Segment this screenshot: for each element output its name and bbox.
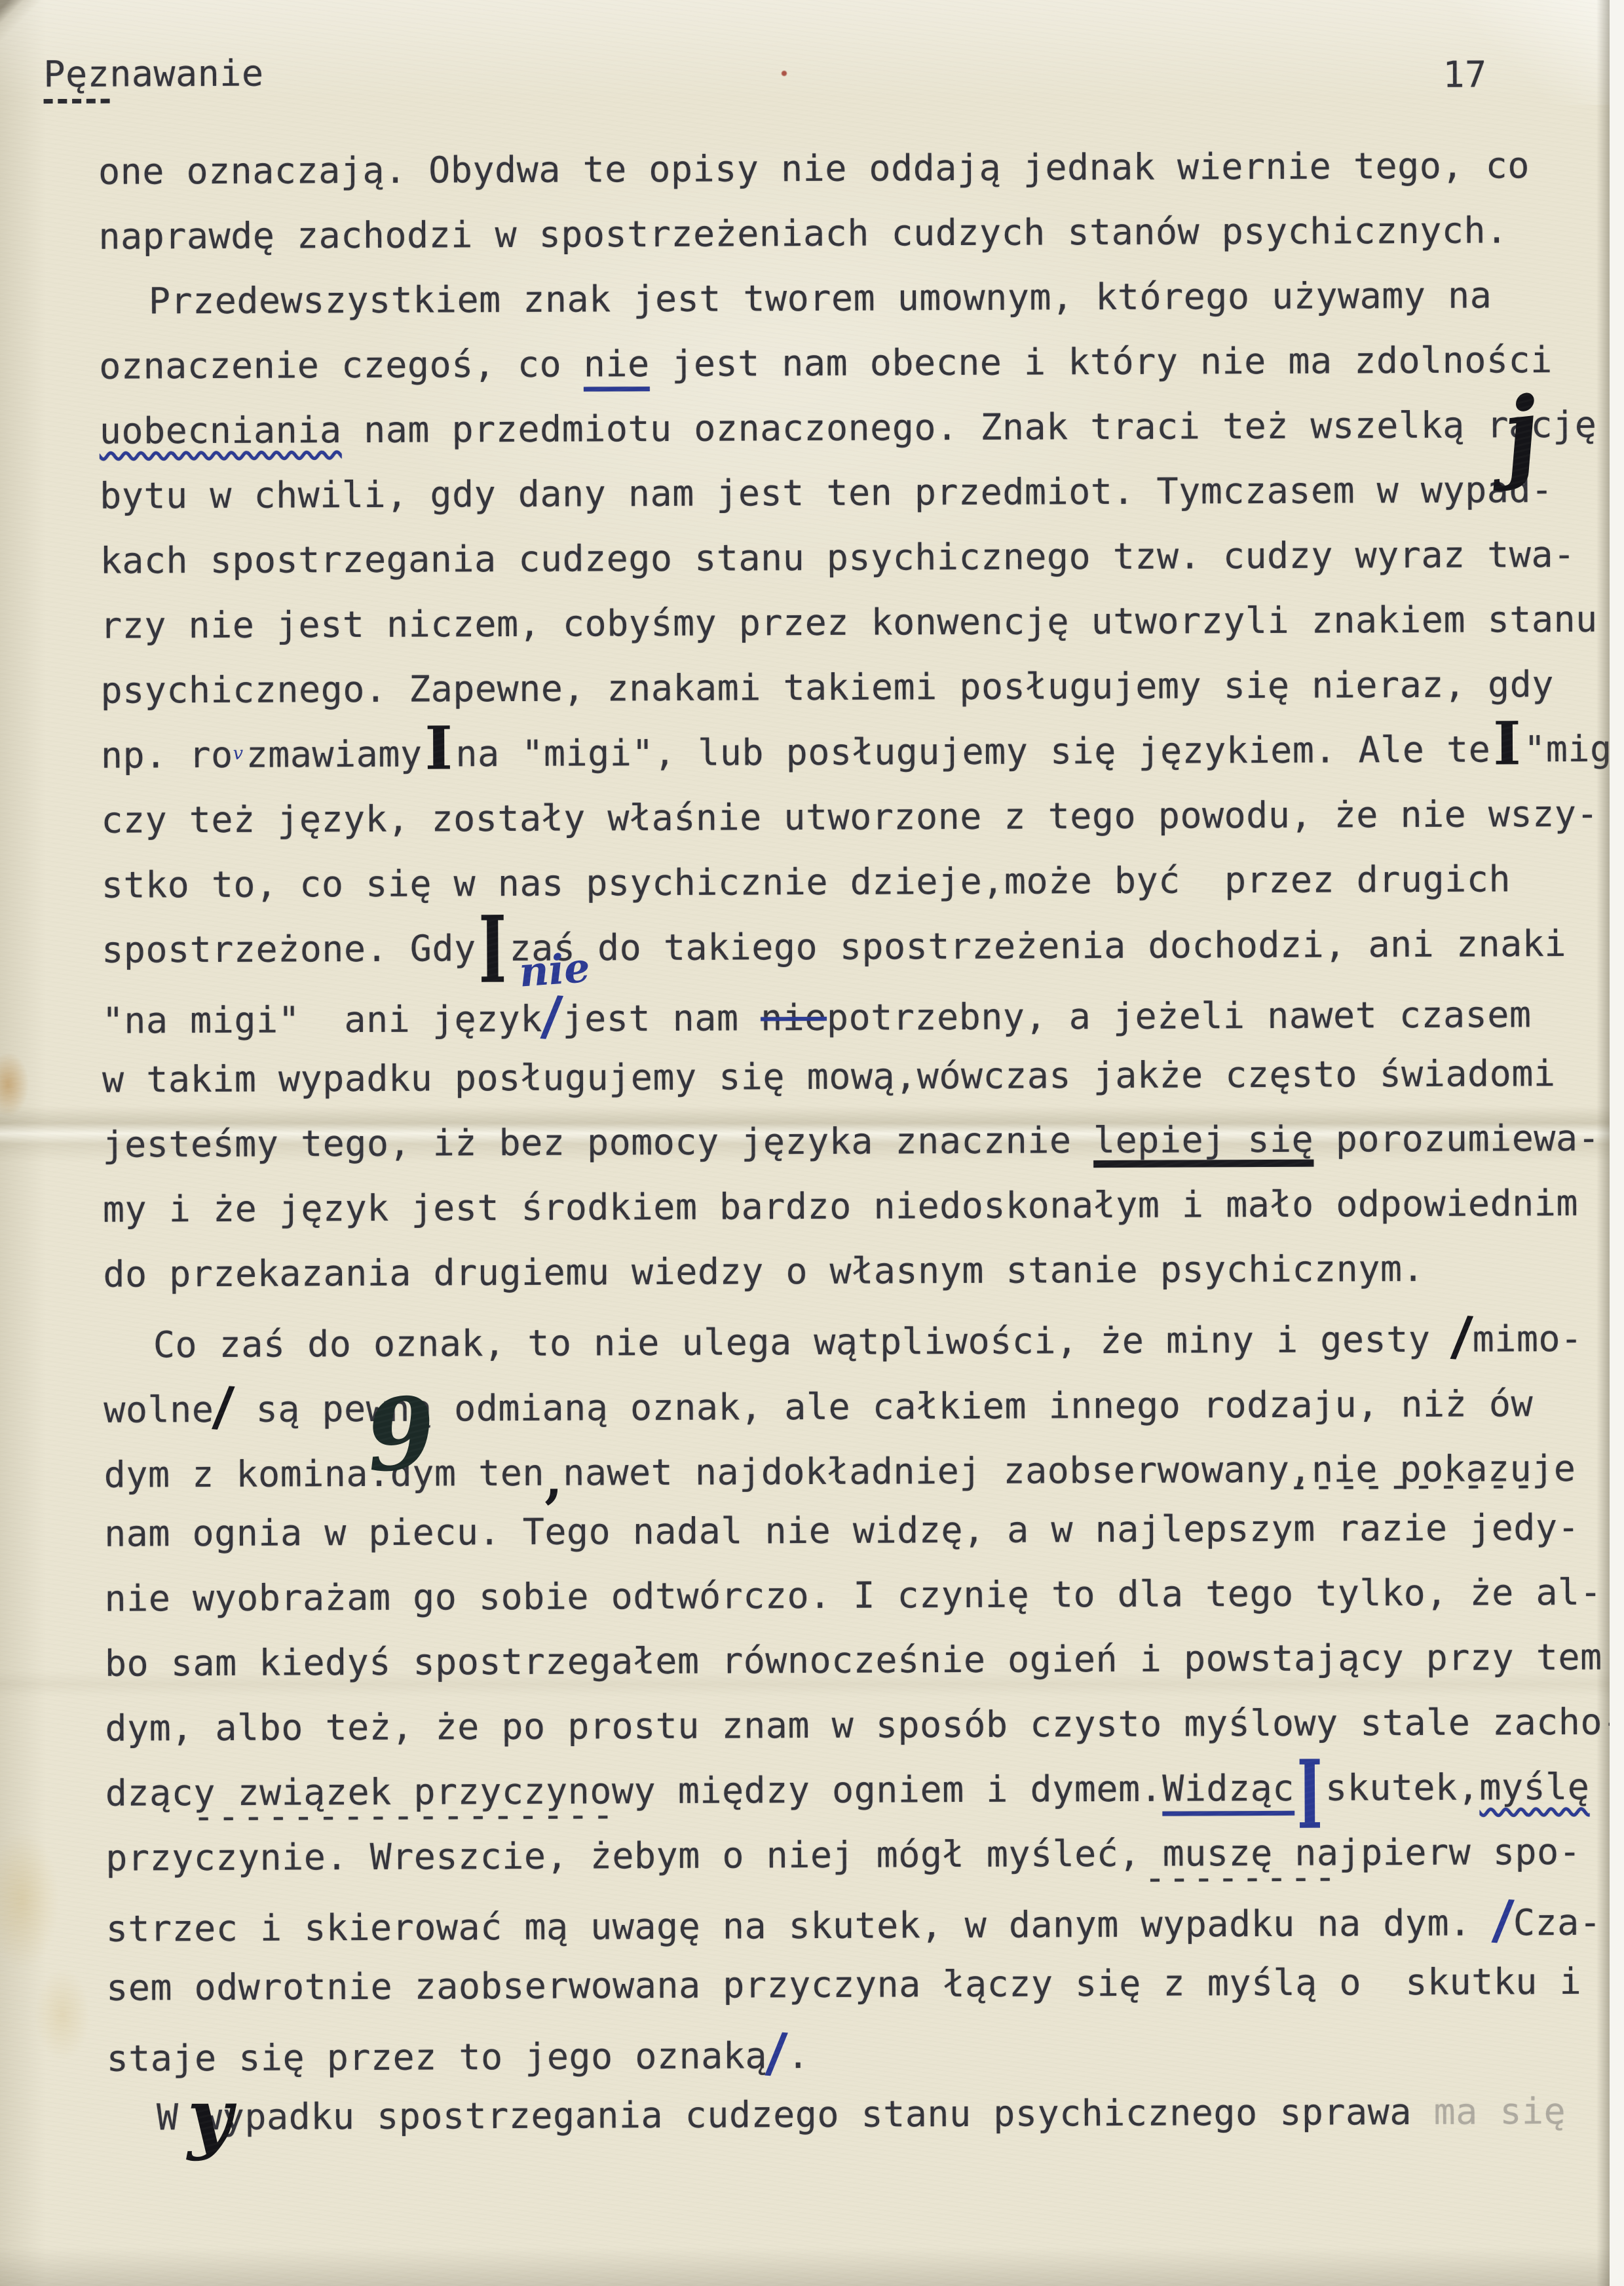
header-title-underlined: Pęz: [43, 53, 109, 104]
text-segment: do przekazania drugiemu wiedzy o własnym…: [103, 1248, 1424, 1295]
text-line: jesteśmy tego, iż bez pomocy języka znac…: [102, 1106, 1602, 1177]
text-segment: bytu w chwili, gdy dany nam jest ten prz…: [100, 468, 1553, 517]
text-line: staje się przez to jego oznaką/.: [106, 2014, 1606, 2086]
text-segment: my i że język jest środkiem bardzo niedo…: [103, 1182, 1578, 1230]
typed-dash-underline: --------: [1144, 1856, 1338, 1899]
text-segment: W wypadku spostrzegania cudzego stanu ps…: [157, 2091, 1434, 2139]
text-line: bytu w chwili, gdy dany nam jest ten prz…: [100, 457, 1600, 529]
text-segment: na "migi", lub posługujemy się językiem.…: [455, 728, 1490, 774]
text-segment: jesteśmy tego, iż bez pomocy języka znac…: [102, 1119, 1093, 1166]
text-segment: np. ro: [101, 734, 233, 776]
text-line: W wypadku spostrzegania cudzego stanu ps…: [107, 2079, 1607, 2150]
text-line: sem odwrotnie zaobserwowana przyczyna łą…: [106, 1949, 1606, 2021]
text-segment: uobecniania: [100, 409, 342, 452]
text-segment: lepiej się: [1093, 1118, 1313, 1161]
text-segment: przyczynie. Wreszcie, żebym o niej mógł …: [105, 1831, 1581, 1879]
text-segment: Cza-: [1513, 1901, 1602, 1944]
text-segment: spostrzeżone. Gdy: [102, 927, 476, 970]
text-segment: stko to, co się w nas psychicznie dzieje…: [102, 858, 1511, 905]
text-segment: porozumiewa-: [1313, 1117, 1600, 1160]
text-segment: czy też język, zostały właśnie utworzone…: [101, 793, 1598, 841]
scan-edge: [1610, 0, 1624, 2286]
text-segment: psychicznego. Zapewne, znakami takiemi p…: [100, 663, 1554, 712]
handwritten-comma: ,: [544, 1447, 563, 1512]
handwritten-tick: v: [233, 721, 246, 786]
text-segment: Co zaś do oznak, to nie ulega wątpliwośc…: [153, 1318, 1452, 1366]
handwritten-capital-correction: 9: [363, 1383, 438, 1486]
text-line: naprawdę zachodzi w spostrzeżeniach cudz…: [98, 198, 1598, 269]
text-segment: dym, albo też, że po prostu znam w sposó…: [105, 1701, 1624, 1749]
text-segment: sem odwrotnie zaobserwowana przyczyna łą…: [106, 1960, 1581, 2009]
text-line: kach spostrzegania cudzego stanu psychic…: [100, 522, 1600, 594]
text-line: do przekazania drugiemu wiedzy o własnym…: [103, 1236, 1603, 1307]
header-title-rest: nawanie: [109, 52, 264, 95]
text-segment: one oznaczają. Obydwa te opisy nie oddaj…: [98, 144, 1530, 193]
text-line: Co zaś do oznak, to nie ulega wątpliwośc…: [104, 1301, 1604, 1372]
text-segment: wolne: [104, 1388, 214, 1431]
text-segment: ma się: [1433, 2090, 1566, 2133]
typed-dash-underline: -----------------: [193, 1793, 617, 1837]
text-line: "na migi" ani język/jest nam niepotrzebn…: [102, 976, 1602, 1048]
text-line: dym, albo też, że po prostu znam w sposó…: [105, 1690, 1605, 1761]
text-line: nie wyobrażam go sobie odtwórczo. I czyn…: [104, 1560, 1604, 1631]
handwritten-slash: /: [1449, 1304, 1475, 1370]
text-line: np. rovzmawiamyIna "migi", lub posługuje…: [101, 717, 1601, 788]
handwritten-nie-insertion: nie: [518, 947, 591, 993]
text-line: psychicznego. Zapewne, znakami takiemi p…: [100, 652, 1600, 723]
text-line: rzy nie jest niczem, cobyśmy przez konwe…: [100, 587, 1600, 658]
text-line: oznaczenie czegoś, co nie jest nam obecn…: [99, 328, 1599, 399]
text-segment: nam przedmiotu oznaczonego. Znak traci t…: [341, 404, 1596, 451]
text-line: Przedewszystkiem znak jest tworem umowny…: [99, 263, 1599, 334]
text-line: uobecniania nam przedmiotu oznaczonego. …: [100, 392, 1600, 464]
scanned-document: { "header": { "title_struck": "Pęz", "ti…: [0, 0, 1624, 2286]
text-segment: kach spostrzegania cudzego stanu psychic…: [100, 533, 1575, 582]
text-line: my i że język jest środkiem bardzo niedo…: [103, 1171, 1603, 1242]
text-segment: naprawdę zachodzi w spostrzeżeniach cudz…: [98, 209, 1507, 257]
text-segment: potrzebny, a jeżeli nawet czasem: [827, 993, 1532, 1038]
scan-edge-shadow: [1596, 0, 1610, 2286]
handwritten-slash: /: [764, 2020, 789, 2086]
text-line: stko to, co się w nas psychicznie dzieje…: [102, 847, 1602, 918]
text-segment: w takim wypadku posługujemy się mową,wów…: [102, 1052, 1556, 1101]
text-segment: dym z komina.dym ten: [104, 1452, 545, 1496]
text-segment: jest nam: [562, 997, 761, 1039]
text-segment: nie: [584, 343, 650, 385]
text-line: bo sam kiedyś spostrzegałem równocześnie…: [105, 1625, 1605, 1696]
text-line: one oznaczają. Obydwa te opisy nie oddaj…: [98, 133, 1598, 204]
handwritten-slash: /: [1490, 1887, 1516, 1953]
text-segment: rzy nie jest niczem, cobyśmy przez konwe…: [100, 598, 1598, 647]
document-content: Pęznawanie 17 one oznaczają. Obydwa te o…: [0, 0, 1624, 2286]
text-segment: myślę: [1479, 1766, 1589, 1808]
text-segment: nie wyobrażam go sobie odtwórczo. I czyn…: [104, 1571, 1602, 1620]
text-segment: skutek,: [1325, 1766, 1480, 1809]
handwritten-y-correction: y: [187, 2078, 233, 2156]
text-segment: Widząc: [1162, 1767, 1294, 1810]
text-segment: bo sam kiedyś spostrzegałem równocześnie…: [105, 1636, 1602, 1685]
text-segment: zmawiamy: [246, 733, 422, 776]
text-segment: jest nam obecne i który nie ma zdolności: [650, 339, 1553, 385]
typed-text-block: one oznaczają. Obydwa te opisy nie oddaj…: [98, 133, 1607, 2150]
typed-dash-underline: ----------: [1288, 1463, 1538, 1506]
text-line: spostrzeżone. GdyIzaś do takiego spostrz…: [102, 911, 1602, 983]
text-segment: nam ognia w piecu. Tego nadal nie widzę,…: [104, 1506, 1579, 1555]
handwritten-slash: /: [211, 1374, 236, 1440]
text-segment: zaś do takiego spostrzeżenia dochodzi, a…: [509, 923, 1566, 969]
text-line: strzec i skierować mą uwagę na skutek, w…: [105, 1884, 1606, 1956]
text-segment: nie: [761, 997, 827, 1038]
text-segment: strzec i skierować mą uwagę na skutek, w…: [106, 1901, 1494, 1949]
page-number: 17: [1443, 53, 1487, 95]
text-line: wolne/ są pewną odmianą oznak, ale całki…: [104, 1365, 1604, 1437]
text-segment: oznaczenie czegoś, co: [99, 343, 584, 387]
text-segment: .: [787, 2034, 809, 2076]
text-segment: Przedewszystkiem znak jest tworem umowny…: [149, 274, 1492, 322]
text-line: czy też język, zostały właśnie utworzone…: [101, 782, 1601, 853]
text-line: w takim wypadku posługujemy się mową,wów…: [102, 1041, 1602, 1113]
header-title: Pęznawanie: [43, 52, 263, 95]
text-segment: mimo-: [1472, 1318, 1582, 1360]
text-segment: "na migi" ani język: [102, 998, 543, 1042]
